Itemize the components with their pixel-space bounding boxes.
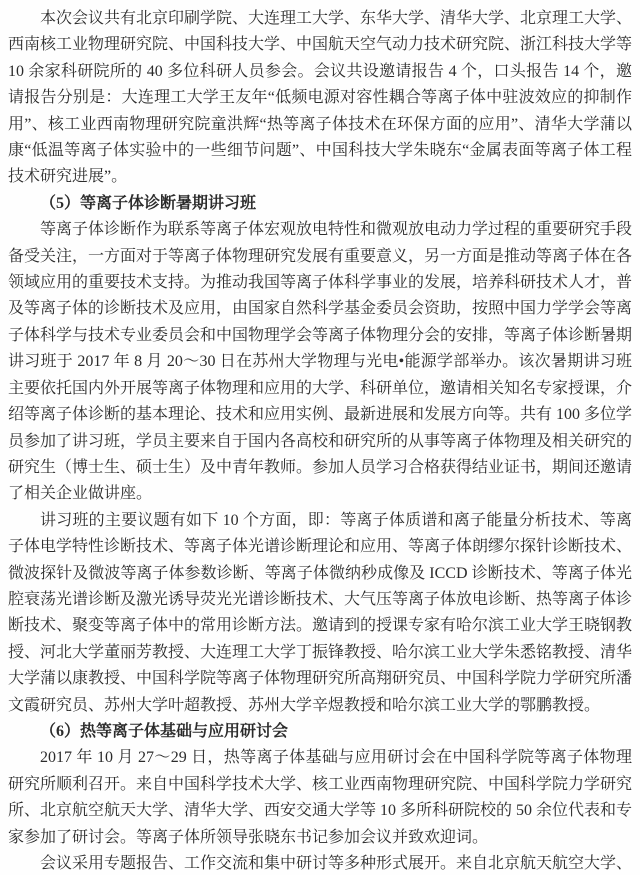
paragraph-thermal-plasma-workshop-overview: 2017 年 10 月 27～29 日，热等离子体基础与应用研讨会在中国科学院等… xyxy=(8,745,632,851)
document-page: 本次会议共有北京印刷学院、大连理工大学、东华大学、清华大学、北京理工大学、西南核… xyxy=(0,0,640,875)
paragraph-summer-school-introduction: 等离子体诊断作为联系等离子体宏观放电特性和微观放电动力学过程的重要研究手段备受关… xyxy=(8,217,632,507)
section-heading-6-thermal-plasma-workshop: （6）热等离子体基础与应用研讨会 xyxy=(8,719,632,745)
paragraph-summer-school-topics-and-lecturers: 讲习班的主要议题有如下 10 个方面，即：等离子体质谱和离子能量分析技术、等离子… xyxy=(8,508,632,719)
section-heading-5-plasma-diagnostics-summer-school: （5）等离子体诊断暑期讲习班 xyxy=(8,191,632,217)
paragraph-workshop-format: 会议采用专题报告、工作交流和集中研讨等多种形式展开。来自北京航天航空大学、 xyxy=(8,851,632,875)
paragraph-conference-attendees-and-invited-talks: 本次会议共有北京印刷学院、大连理工大学、东华大学、清华大学、北京理工大学、西南核… xyxy=(8,6,632,191)
